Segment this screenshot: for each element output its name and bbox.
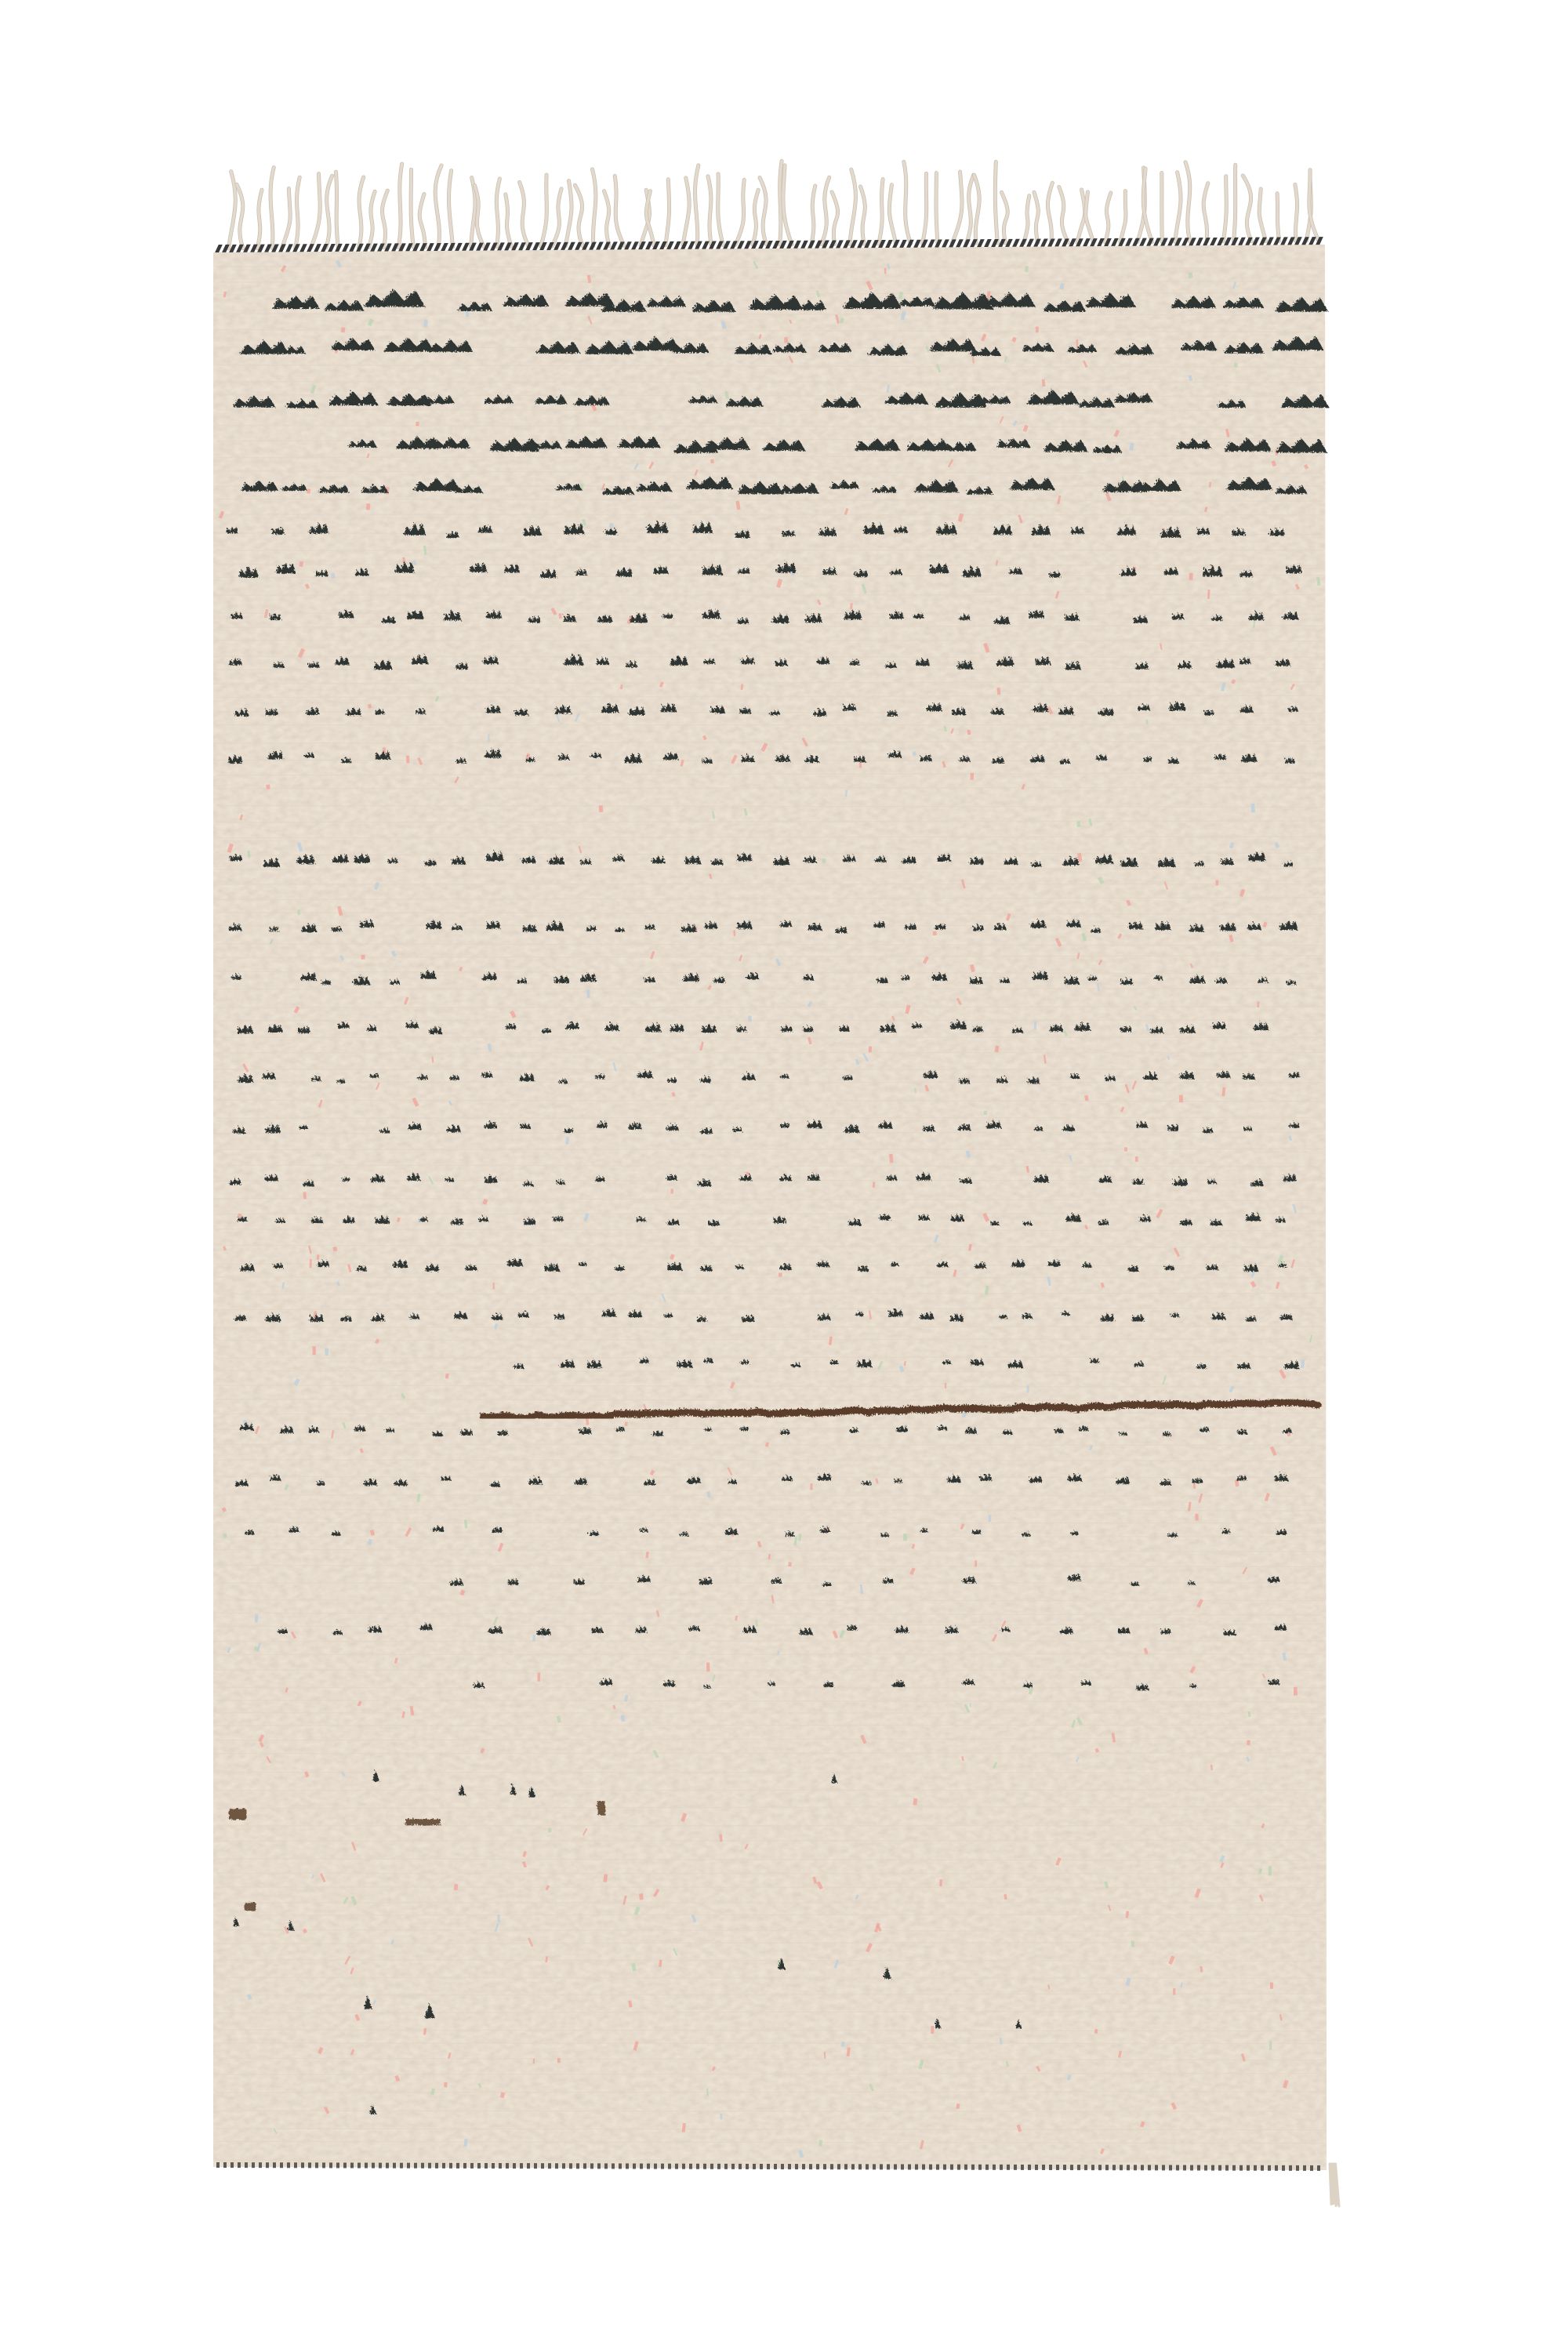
fleck [1269,2042,1272,2050]
pile-ridge [216,1873,1323,1874]
selvedge-stitch [971,2165,975,2170]
selvedge-stitch [569,2163,572,2169]
selvedge-stitch [610,241,618,249]
selvedge-stitch [449,2163,452,2169]
selvedge-stitch [358,2163,361,2169]
selvedge-stitch [957,2165,960,2170]
selvedge-stitch [675,2164,678,2169]
selvedge-stitch [589,242,597,250]
selvedge-stitch [887,2164,890,2169]
selvedge-stitch [724,2164,728,2169]
fleck [822,858,826,863]
selvedge-stitch [942,239,949,247]
selvedge-stitch [1232,2165,1236,2171]
selvedge-stitch [534,2163,537,2169]
selvedge-stitch [984,239,992,247]
selvedge-stitch [1289,2165,1292,2171]
selvedge-stitch [1280,237,1288,245]
fleck [223,1534,227,1538]
selvedge-stitch [851,2164,855,2169]
selvedge-stitch [1317,2165,1320,2171]
selvedge-stitch [936,2165,939,2170]
fleck [970,1703,971,1707]
selvedge-stitch [365,2163,368,2169]
selvedge-stitch [1282,2165,1285,2171]
selvedge-stitch [1308,237,1316,245]
selvedge-stitch [1225,2165,1229,2171]
selvedge-stitch [710,2164,713,2169]
fleck [366,503,371,510]
pile-ridge [216,1523,1323,1523]
selvedge-stitch [1247,2165,1250,2171]
pile-ridge [216,1214,1323,1214]
selvedge-stitch [301,2162,304,2168]
selvedge-stitch [287,2162,290,2168]
selvedge-stitch [631,241,639,249]
selvedge-stitch [927,240,935,248]
selvedge-stitch [308,2162,311,2168]
fleck [299,561,303,567]
selvedge-stitch [1218,2165,1221,2171]
selvedge-stitch [379,2163,382,2169]
selvedge-stitch [823,2164,826,2169]
selvedge-stitch [604,2163,608,2169]
fringe-strand [1277,194,1279,241]
fringe-strand [936,173,938,244]
selvedge-stitch [1169,2165,1172,2170]
selvedge-stitch [1047,238,1055,246]
selvedge-stitch [908,2164,911,2169]
fleck [1216,880,1219,885]
brown-tuft [404,1817,439,1824]
pile-ridge [216,989,1323,989]
pile-ridge [216,1654,1323,1655]
fleck [748,1015,752,1022]
selvedge-stitch [788,2164,791,2169]
fleck [1294,1687,1298,1696]
selvedge-stitch [913,240,921,248]
selvedge-stitch [899,240,907,248]
rug-illustration [0,0,1568,2352]
selvedge-stitch [470,2163,474,2169]
selvedge-stitch [583,2163,586,2169]
brown-tuft [596,1799,604,1813]
pile-ridge [216,1641,1323,1642]
selvedge-stitch [1084,2165,1087,2170]
selvedge-stitch [802,2164,805,2169]
fleck [706,2089,709,2096]
selvedge-stitch [548,2163,551,2169]
selvedge-stitch [273,2162,276,2168]
selvedge-stitch [386,2163,389,2169]
selvedge-stitch [541,2163,544,2169]
selvedge-stitch [950,2165,953,2170]
fleck [945,1383,946,1388]
fleck [557,2058,561,2063]
selvedge-stitch [689,2164,692,2169]
selvedge-stitch [499,2163,502,2169]
selvedge-stitch [885,240,893,248]
fringe-strand [952,172,962,243]
selvedge-stitch [1127,2165,1130,2170]
selvedge-stitch [668,2164,671,2169]
pile-ridge [216,382,1323,383]
selvedge-stitch [328,244,336,252]
pile-ridge [216,410,1323,411]
fringe-strand [419,194,425,248]
pile-ridge [216,1725,1323,1726]
selvedge-stitch [1026,239,1034,247]
selvedge-stitch [894,2164,897,2169]
fleck [997,688,1001,695]
pile-ridge [216,550,1323,550]
fleck [533,2059,535,2063]
selvedge-stitch [477,2163,481,2169]
selvedge-stitch [349,244,357,252]
fleck [933,931,937,935]
pile-ridge [216,613,1323,614]
selvedge-stitch [506,2163,509,2169]
fleck [313,1346,316,1355]
selvedge-stitch [1153,238,1161,246]
fleck [444,2082,447,2088]
selvedge-stitch [372,2163,375,2169]
selvedge-stitch [238,2162,241,2168]
selvedge-stitch [485,2163,488,2169]
fleck [1076,821,1080,827]
pile-ridge [216,1977,1323,1978]
fringe-strand [336,172,339,248]
fleck [325,1348,328,1356]
selvedge-stitch [428,2163,431,2169]
selvedge-stitch [977,239,985,247]
selvedge-stitch [1098,2165,1102,2170]
selvedge-stitch [1155,2165,1158,2170]
selvedge-stitch [640,2164,643,2169]
fleck [1269,1866,1272,1875]
fleck [733,930,735,936]
selvedge-stitch [426,243,434,251]
selvedge-stitch [307,244,314,252]
selvedge-stitch [837,2164,840,2169]
selvedge-stitch [922,2165,925,2170]
selvedge-stitch [985,2165,989,2170]
fleck [639,1893,644,1900]
selvedge-stitch [906,240,914,248]
selvedge-stitch [520,2163,523,2169]
selvedge-stitch [1261,2165,1264,2171]
selvedge-stitch [1007,2165,1010,2170]
selvedge-stitch [696,2164,699,2169]
pile-ridge [216,641,1323,641]
pile-ridge [216,1753,1323,1754]
selvedge-stitch [230,2162,234,2168]
selvedge-stitch [343,2162,347,2168]
fleck [297,909,299,915]
selvedge-stitch [964,2165,967,2170]
selvedge-stitch [407,2163,410,2169]
selvedge-stitch [702,241,710,249]
selvedge-stitch [1012,239,1020,247]
selvedge-stitch [800,241,808,249]
selvedge-stitch [1134,2165,1137,2170]
selvedge-stitch [949,239,956,247]
selvedge-stitch [597,2163,601,2169]
selvedge-stitch [1014,2165,1017,2170]
selvedge-stitch [513,2163,516,2169]
fringe-strand [1259,189,1265,241]
fleck [1027,1385,1029,1393]
selvedge-stitch [626,2163,629,2169]
selvedge-stitch [1083,238,1091,246]
fleck [1034,1022,1036,1030]
selvedge-stitch [816,2164,819,2169]
fleck [537,1673,540,1682]
fleck [975,1560,977,1566]
selvedge-stitch [1162,2165,1165,2170]
selvedge-stitch [781,2164,784,2169]
selvedge-stitch [753,2164,756,2169]
fleck [599,805,604,812]
fleck [1025,266,1029,272]
selvedge-stitch [414,2163,417,2169]
pile-ridge [216,1773,1323,1773]
selvedge-stitch [555,2163,558,2169]
selvedge-stitch [1183,2165,1186,2170]
selvedge-stitch [866,2164,869,2169]
selvedge-stitch [1000,2165,1003,2170]
pile-ridge [216,2111,1323,2111]
fleck [497,1915,500,1922]
selvedge-stitch [314,244,321,252]
pile-ridge [216,656,1323,657]
fleck [913,1798,918,1806]
selvedge-stitch [703,2164,706,2169]
fleck [884,268,887,274]
selvedge-stitch [1197,2165,1200,2171]
pile-ridge [216,1887,1323,1888]
selvedge-stitch [1238,238,1246,245]
selvedge-stitch [278,244,286,252]
selvedge-stitch [808,241,815,249]
selvedge-stitch [421,2163,424,2169]
fringe-strand [435,165,441,247]
fringe-strand [889,185,896,244]
bottom-edge [216,2162,1339,2206]
fleck [670,1189,673,1193]
selvedge-stitch [1120,2165,1123,2170]
selvedge-stitch [1049,2165,1052,2170]
selvedge-stitch [619,2163,622,2169]
selvedge-stitch [455,243,463,251]
selvedge-stitch [336,2162,339,2168]
fringe-strand [552,189,561,246]
pile-ridge [216,1020,1323,1021]
selvedge-stitch [767,2164,770,2169]
fleck [1189,273,1192,278]
fleck [1189,573,1192,580]
selvedge-stitch [1203,238,1210,245]
fleck [970,773,974,780]
pile-ridge [216,1180,1323,1181]
selvedge-stitch [1141,2165,1144,2170]
fleck [1250,804,1255,813]
selvedge-stitch [1268,2165,1271,2171]
selvedge-stitch [216,2162,220,2168]
selvedge-stitch [1056,2165,1059,2170]
brown-tuft [243,1901,254,1909]
selvedge-stitch [1210,238,1218,245]
selvedge-stitch [774,2164,777,2169]
selvedge-stitch [1190,2165,1193,2171]
selvedge-stitch [342,244,350,252]
selvedge-stitch [1112,2165,1116,2170]
pile-ridge [216,281,1323,282]
fleck [341,327,346,332]
fringe-strand [1120,191,1126,242]
fleck [984,1111,987,1115]
selvedge-stitch [1196,238,1203,245]
fleck [810,1483,812,1490]
fleck [424,319,428,327]
selvedge-stitch [1035,2165,1038,2170]
selvedge-stitch [1275,2165,1278,2171]
fleck [779,1272,782,1276]
fleck [1270,1983,1273,1989]
selvedge-stitch [462,243,470,251]
selvedge-stitch [568,242,575,250]
fleck [1042,379,1045,387]
fleck [406,756,409,764]
selvedge-stitch [795,2164,798,2169]
rug-photo [0,0,1568,2352]
fringe-strand [1162,173,1163,242]
fringe-strand [967,175,974,243]
selvedge-stitch [562,2163,565,2169]
selvedge-stitch [1296,2165,1299,2171]
selvedge-stitch [435,2163,438,2169]
selvedge-stitch [492,2163,495,2169]
fleck [492,1283,494,1290]
fleck [1179,1095,1183,1103]
brown-tuft [227,1807,245,1818]
selvedge-stitch [858,2164,862,2169]
fleck [1135,1156,1138,1162]
selvedge-stitch [280,2162,283,2168]
fleck [317,1254,319,1260]
selvedge-stitch [329,2162,332,2168]
selvedge-stitch [285,244,293,252]
selvedge-stitch [1091,2165,1094,2170]
fleck [1234,363,1238,368]
fringe-strand [398,164,402,247]
selvedge-stitch [746,2164,749,2169]
selvedge-stitch [245,2162,248,2168]
selvedge-stitch [315,2162,318,2168]
fleck [587,989,590,998]
selvedge-stitch [673,241,681,249]
rug-body [213,245,1327,2170]
fleck [416,422,419,426]
selvedge-stitch [1211,2165,1214,2171]
selvedge-stitch [612,2163,615,2169]
fleck [1247,1740,1250,1745]
selvedge-stitch [1063,2165,1066,2170]
selvedge-stitch [1148,2165,1151,2170]
fringe-strand [783,165,792,245]
selvedge-stitch [1028,2165,1031,2170]
selvedge-stitch [647,2164,650,2169]
fringe-strand [1309,170,1319,241]
selvedge-stitch [682,2164,685,2169]
selvedge-stitch [1042,2165,1045,2170]
selvedge-stitch [1111,238,1119,246]
selvedge-stitch [633,2164,636,2169]
fleck [1094,2029,1098,2034]
selvedge-stitch [576,2163,579,2169]
selvedge-stitch [1054,238,1062,246]
selvedge-stitch [956,239,964,247]
selvedge-stitch [836,240,844,248]
fleck [939,1879,942,1886]
fleck [1173,1988,1175,1995]
pile-ridge [216,1117,1323,1118]
selvedge-stitch [393,2163,396,2169]
pile-ridge [216,1277,1323,1278]
selvedge-stitch [1040,239,1048,247]
selvedge-stitch [1105,2165,1109,2170]
fleck [303,1192,307,1199]
fleck [548,1828,552,1832]
fleck [931,2026,935,2034]
selvedge-stitch [442,2163,445,2169]
selvedge-stitch [1033,239,1041,247]
fringe-strand [1143,169,1152,242]
selvedge-stitch [259,2162,262,2168]
selvedge-stitch [1254,2165,1257,2171]
selvedge-stitch [645,241,653,249]
selvedge-stitch [463,2163,466,2169]
fringe-strand [359,177,364,248]
selvedge-stitch [1176,2165,1179,2170]
selvedge-stitch [978,2165,982,2170]
selvedge-stitch [1077,2165,1080,2170]
selvedge-stitch [1070,2165,1073,2170]
fleck [310,1259,312,1268]
selvedge-stitch [266,2162,269,2168]
fringe-strand [310,174,320,249]
selvedge-stitch [441,243,448,251]
selvedge-stitch [809,2164,812,2169]
selvedge-stitch [527,2163,530,2169]
selvedge-stitch [739,2164,742,2169]
selvedge-stitch [793,241,801,249]
selvedge-stitch [518,242,526,250]
fleck [624,1422,627,1427]
selvedge-stitch [993,2165,996,2170]
fringe-strand [615,176,624,245]
selvedge-stitch [1021,2165,1024,2170]
pile-ridge [216,1713,1323,1714]
fleck [1124,1147,1127,1151]
fleck [1036,326,1039,332]
fleck [532,1635,535,1642]
selvedge-stitch [400,2163,403,2169]
selvedge-stitch [830,2164,833,2169]
selvedge-stitch [590,2163,593,2169]
fleck [1131,1940,1134,1947]
selvedge-stitch [252,2162,255,2168]
